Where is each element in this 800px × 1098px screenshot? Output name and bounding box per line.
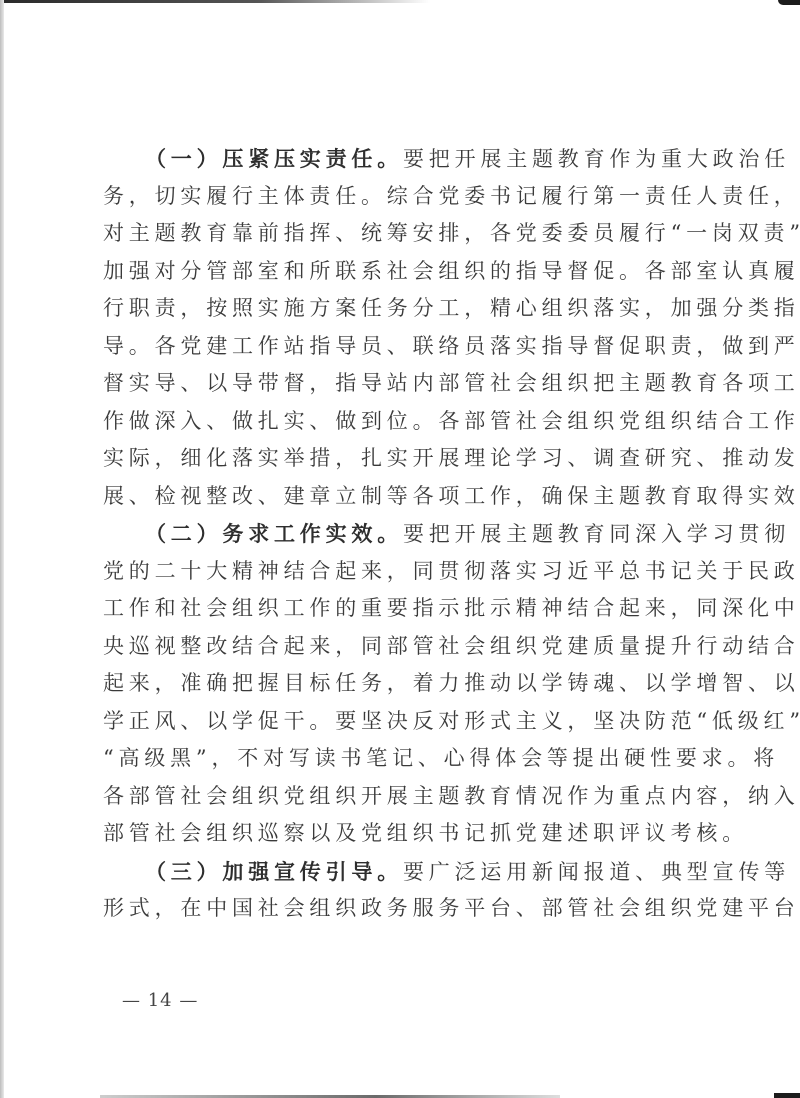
scan-corner-bottom-right (774, 1093, 800, 1098)
scan-corner-top-right (778, 0, 800, 5)
paragraph-1-line: 展、检视整改、建章立制等各项工作，确保主题教育取得实效。 (103, 478, 687, 516)
page-number: — 14 — (122, 990, 198, 1011)
paragraph-2-line: 部管社会组织巡察以及党组织书记抓党建述职评议考核。 (103, 815, 687, 853)
paragraph-1-line: 督实导、以导带督，指导站内部管社会组织把主题教育各项工 (103, 365, 687, 403)
body-text: 要广泛运用新闻报道、典型宣传等 (403, 860, 790, 884)
paragraph-2-line: 起来，准确把握目标任务，着力推动以学铸魂、以学增智、以 (103, 665, 687, 703)
paragraph-2-line: 央巡视整改结合起来，同部管社会组织党建质量提升行动结合 (103, 628, 687, 666)
paragraph-2-line: “高级黑”，不对写读书笔记、心得体会等提出硬性要求。将 (103, 740, 687, 778)
paragraph-2-line: 党的二十大精神结合起来，同贯彻落实习近平总书记关于民政 (103, 553, 687, 591)
scan-edge-top (0, 0, 430, 3)
paragraph-2-line: 工作和社会组织工作的重要指示批示精神结合起来，同深化中 (103, 590, 687, 628)
document-page: （一）压紧压实责任。要把开展主题教育作为重大政治任 务，切实履行主体责任。综合党… (103, 140, 687, 928)
paragraph-1-line: 导。各党建工作站指导员、联络员落实指导督促职责，做到严 (103, 328, 687, 366)
section-heading-2: （二）务求工作实效。 (145, 521, 403, 546)
paragraph-3-line-1: （三）加强宣传引导。要广泛运用新闻报道、典型宣传等 (103, 853, 687, 891)
paragraph-1-line: 实际，细化落实举措，扎实开展理论学习、调查研究、推动发 (103, 440, 687, 478)
paragraph-1-line: 加强对分管部室和所联系社会组织的指导督促。各部室认真履 (103, 253, 687, 291)
paragraph-1-line: 对主题教育靠前指挥、统筹安排，各党委委员履行“一岗双责”， (103, 215, 687, 253)
scan-edge-left (0, 0, 4, 1098)
paragraph-1-line: 行职责，按照实施方案任务分工，精心组织落实，加强分类指 (103, 290, 687, 328)
paragraph-2-line: 学正风、以学促干。要坚决反对形式主义，坚决防范“低级红”、 (103, 703, 687, 741)
body-text: 要把开展主题教育作为重大政治任 (403, 147, 790, 171)
paragraph-1-line: 作做深入、做扎实、做到位。各部管社会组织党组织结合工作 (103, 403, 687, 441)
paragraph-2-line-1: （二）务求工作实效。要把开展主题教育同深入学习贯彻 (103, 515, 687, 553)
section-heading-1: （一）压紧压实责任。 (145, 146, 403, 171)
section-heading-3: （三）加强宣传引导。 (145, 859, 403, 884)
paragraph-1-line-1: （一）压紧压实责任。要把开展主题教育作为重大政治任 (103, 140, 687, 178)
paragraph-1-line: 务，切实履行主体责任。综合党委书记履行第一责任人责任， (103, 178, 687, 216)
body-text: 要把开展主题教育同深入学习贯彻 (403, 522, 790, 546)
paragraph-2-line: 各部管社会组织党组织开展主题教育情况作为重点内容，纳入 (103, 778, 687, 816)
paragraph-3-line: 形式，在中国社会组织政务服务平台、部管社会组织党建平台 (103, 890, 687, 928)
